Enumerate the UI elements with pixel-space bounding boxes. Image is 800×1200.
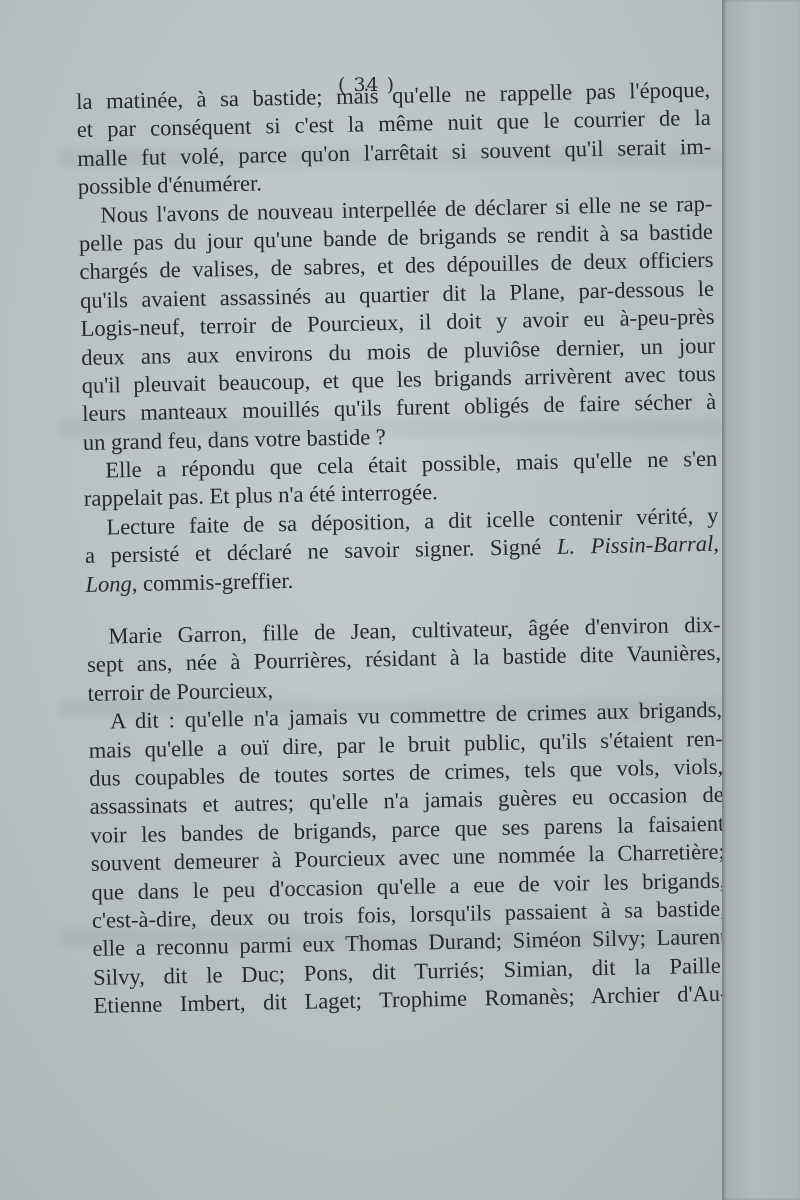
paragraph-signature: Lecture faite de sa déposition, a dit ic… [84, 502, 720, 599]
adjacent-page-edge [722, 0, 800, 1200]
clerk-name: Long [85, 571, 132, 597]
signature-name: L. Pissin-Barral [557, 531, 714, 559]
punctuation: , [713, 531, 719, 556]
clerk-title: , commis-greffier. [132, 568, 294, 596]
paragraph-witness-intro: Marie Garron, fille de Jean, cultivateur… [86, 611, 722, 708]
book-page: ( 34 ) la matinée, à sa bastide; mais qu… [0, 0, 722, 1200]
paragraph-question: Nous l'avons de nouveau interpellée de d… [78, 189, 717, 457]
photographed-book-page: ( 34 ) la matinée, à sa bastide; mais qu… [0, 0, 800, 1200]
body-text: la matinée, à sa bastide; mais qu'elle n… [76, 76, 728, 1020]
paragraph-testimony: A dit : qu'elle n'a jamais vu commettre … [88, 696, 728, 1020]
paragraph-continuation: la matinée, à sa bastide; mais qu'elle n… [76, 76, 712, 202]
